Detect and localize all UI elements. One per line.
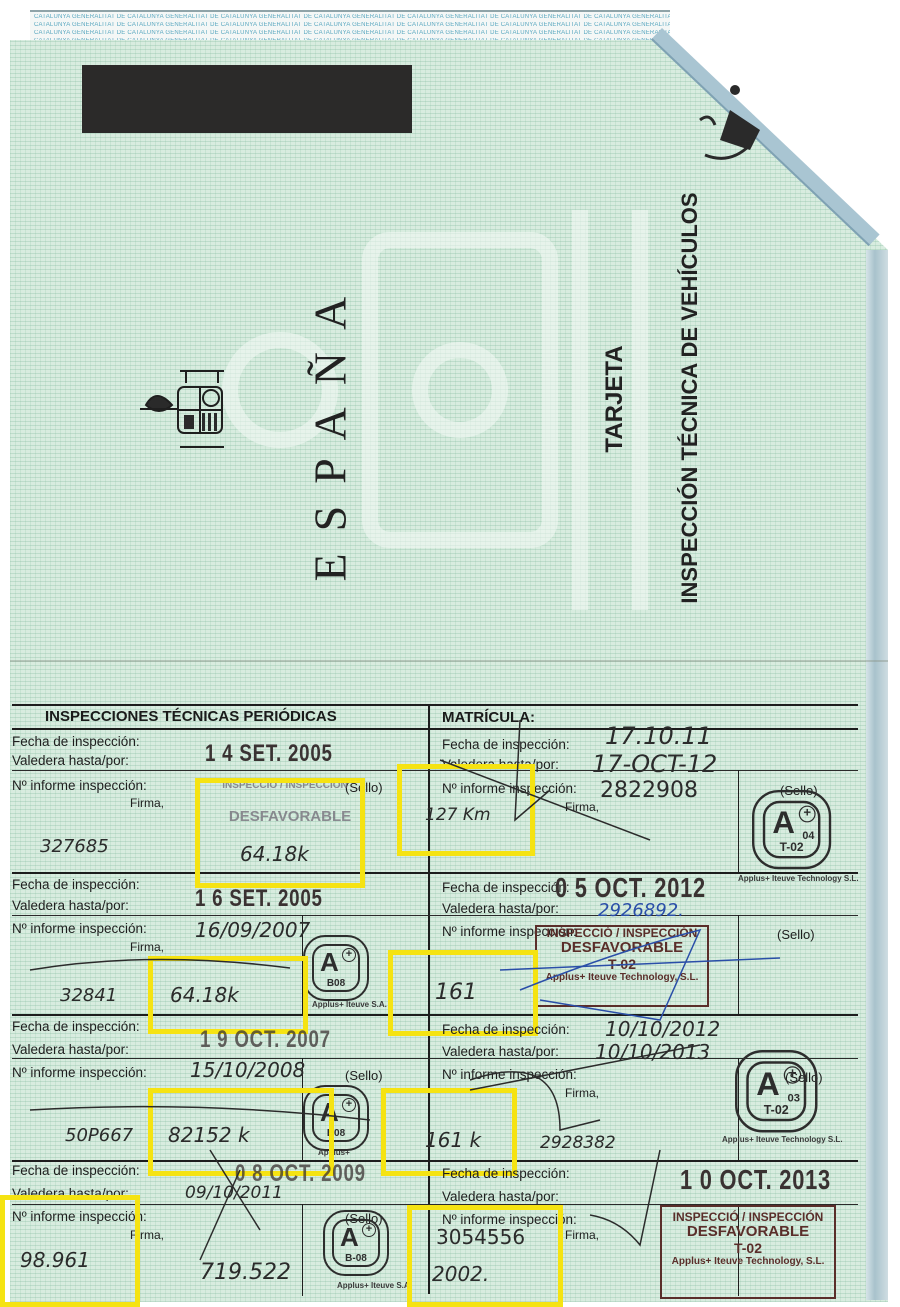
firma-label: Firma, xyxy=(565,1086,599,1100)
fecha-label: Fecha de inspección: xyxy=(442,737,570,752)
itv-stamp: A+03T-02 xyxy=(735,1050,818,1133)
sello-divider xyxy=(738,770,739,872)
handwritten-valid-until: 09/10/2011 xyxy=(185,1183,283,1203)
informe-label: Nº informe inspección: xyxy=(12,921,147,936)
handwritten-report-number: 2822908 xyxy=(600,778,698,803)
handwritten-note: 2928382 xyxy=(540,1133,616,1153)
matricula-label: MATRÍCULA: xyxy=(442,709,535,726)
handwritten-inspection-date: 10/10/2012 xyxy=(605,1017,720,1041)
handwritten-valid-until: 16/09/2007 xyxy=(195,918,310,942)
handwritten-valid-until: 17-OCT-12 xyxy=(592,750,717,778)
country-title: ESPAÑA xyxy=(304,282,357,582)
sello-divider xyxy=(738,915,739,1015)
highlight-box xyxy=(407,1205,563,1307)
stamp-code: T-02 xyxy=(537,957,707,972)
fecha-label: Fecha de inspección: xyxy=(442,1166,570,1181)
coat-of-arms-icon xyxy=(138,365,230,453)
sello-label: (Sello) xyxy=(777,927,815,942)
stamp-caption: Applus+ Iteuve S.A. xyxy=(312,1000,387,1009)
stamp-result: DESFAVORABLE xyxy=(537,940,707,957)
stamp-company: Applus+ Iteuve Technology, S.L. xyxy=(537,972,707,983)
desfavorable-stamp: INSPECCIÓ / INSPECCIÓN DESFAVORABLE T-02… xyxy=(660,1205,836,1299)
handwritten-valid-until: 15/10/2008 xyxy=(190,1058,305,1082)
fecha-label: Fecha de inspección: xyxy=(442,880,570,895)
card-edge xyxy=(866,250,888,1300)
plus-icon: + xyxy=(342,1098,356,1112)
highlight-box xyxy=(381,1088,517,1176)
stamp-code: B-08 xyxy=(334,1253,378,1264)
firma-label: Firma, xyxy=(130,796,164,810)
handwritten-valid-until: 2926892. xyxy=(598,900,684,921)
inspection-date-stamp: 1 9 OCT. 2007 xyxy=(200,1026,331,1054)
plus-icon: + xyxy=(799,806,816,823)
plus-icon: + xyxy=(784,1066,802,1084)
table-header-rule xyxy=(12,728,858,730)
sello-divider xyxy=(302,1204,303,1296)
highlight-box xyxy=(0,1195,140,1307)
stamp-number: 04 xyxy=(802,830,814,842)
stamp-code: T-02 xyxy=(765,842,818,855)
rule xyxy=(12,1058,858,1059)
back-cover-text: CATALUNYA GENERALITAT DE CATALUNYA GENER… xyxy=(34,22,670,29)
valedera-label: Valedera hasta/por: xyxy=(12,898,129,913)
stamp-code: T-02 xyxy=(749,1104,804,1118)
card-title: INSPECCIÓN TÉCNICA DE VEHÍCULOS xyxy=(677,178,703,618)
itv-stamp: A+B-08 xyxy=(323,1210,389,1276)
stamp-result: DESFAVORABLE xyxy=(662,1224,834,1241)
informe-label: Nº informe inspección: xyxy=(12,1065,147,1080)
corner-stamp-mark xyxy=(690,80,780,170)
table-top-rule xyxy=(12,704,858,706)
handwritten-note: 327685 xyxy=(40,836,109,857)
redacted-block xyxy=(82,65,412,133)
desfavorable-stamp: INSPECCIÓ / INSPECCIÓN DESFAVORABLE T-02… xyxy=(535,925,709,1007)
itv-stamp: A+04T-02 xyxy=(752,790,831,869)
itv-stamp: A+B08 xyxy=(303,935,369,1001)
inspection-date-stamp: 1 4 SET. 2005 xyxy=(205,740,333,768)
valedera-label: Valedera hasta/por: xyxy=(12,753,129,768)
handwritten-valid-until: 10/10/2013 xyxy=(595,1040,710,1064)
left-header: INSPECCIONES TÉCNICAS PERIÓDICAS xyxy=(45,708,337,725)
card-type-title: TARJETA xyxy=(601,324,629,474)
stamp-caption: Applus+ Iteuve Technology S.L. xyxy=(722,1135,843,1144)
fecha-label: Fecha de inspección: xyxy=(442,1022,570,1037)
valedera-label: Valedera hasta/por: xyxy=(12,1042,129,1057)
firma-label: Firma, xyxy=(565,800,599,814)
informe-label: Nº informe inspección: xyxy=(12,778,147,793)
stamp-number: 03 xyxy=(787,1091,800,1104)
valedera-label: Valedera hasta/por: xyxy=(442,1189,559,1204)
handwritten-note: 32841 xyxy=(60,985,117,1006)
back-cover-text: CATALUNYA GENERALITAT DE CATALUNYA GENER… xyxy=(34,14,670,21)
stamp-company: Applus+ Iteuve Technology, S.L. xyxy=(662,1256,834,1267)
card-fold-line xyxy=(10,660,888,662)
fecha-label: Fecha de inspección: xyxy=(12,734,140,749)
fecha-label: Fecha de inspección: xyxy=(12,1163,140,1178)
valedera-label: Valedera hasta/por: xyxy=(442,901,559,916)
plus-icon: + xyxy=(342,948,356,962)
highlight-box xyxy=(397,764,535,856)
row-divider xyxy=(12,872,858,874)
inspection-date-stamp: 1 6 SET. 2005 xyxy=(195,885,323,913)
handwritten-note: 50P667 xyxy=(65,1125,133,1146)
highlight-box xyxy=(148,956,308,1034)
stamp-code: B08 xyxy=(314,978,358,989)
stamp-caption: Applus+ Iteuve S.A. xyxy=(337,1281,412,1290)
inspection-date-stamp: 1 0 OCT. 2013 xyxy=(680,1164,831,1196)
valedera-label: Valedera hasta/por: xyxy=(442,1044,559,1059)
firma-label: Firma, xyxy=(130,940,164,954)
fecha-label: Fecha de inspección: xyxy=(12,1019,140,1034)
firma-label: Firma, xyxy=(565,1228,599,1242)
stamp-code: T-02 xyxy=(662,1241,834,1256)
plus-icon: + xyxy=(362,1223,376,1237)
handwritten-note: 719.522 xyxy=(200,1260,291,1285)
informe-label: Nº informe inspección: xyxy=(442,1067,577,1082)
fecha-label: Fecha de inspección: xyxy=(12,877,140,892)
stamp-caption: Applus+ Iteuve Technology S.L. xyxy=(738,874,859,883)
handwritten-inspection-date: 17.10.11 xyxy=(605,722,712,750)
back-cover-text: CATALUNYA GENERALITAT DE CATALUNYA GENER… xyxy=(34,30,670,37)
rule xyxy=(12,915,858,916)
highlight-box xyxy=(195,778,365,888)
sello-label: (Sello) xyxy=(345,1068,383,1083)
